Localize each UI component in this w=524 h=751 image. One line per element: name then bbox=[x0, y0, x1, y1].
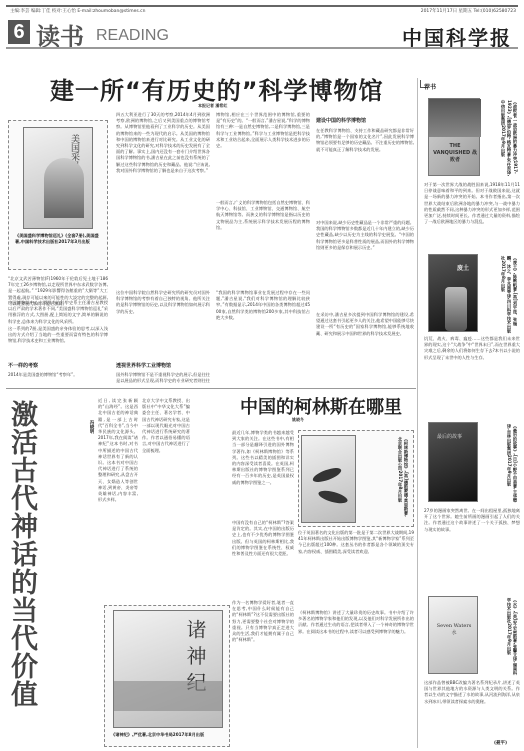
section-english: READING bbox=[96, 27, 169, 45]
date-line: 2017年11月17日 星期五 Tel:(010)62580723 bbox=[421, 8, 516, 14]
article1-subhead-1: 不一样的考察 bbox=[8, 362, 38, 369]
article1-col1-para3: 这一系列的7册,是美国盛的亲身体验的思考,以深入浅出的方式介绍了当地的一些重要而… bbox=[8, 326, 108, 356]
book-set-cover-image: 美国采风 bbox=[23, 127, 93, 229]
book4-summary: 这部作品曾被BBC改编为著名系列纪录片,讲述了英国与世界其他地方的水资源与人类文… bbox=[424, 680, 520, 740]
article2-image-caption: 《诸神纪》,严优著,北京中华书局2017年8月出版 bbox=[111, 732, 227, 738]
article1-col2-para3: 国外科学博物馆不是不重视科学史的展示,但是往往是以展品的形式呈现,而科学史的专业… bbox=[116, 372, 210, 384]
book3-summary: 27岁的漫画家突然离世。在一间出租屋里,孤独地离开了这个世界。她生前所画的漫画引… bbox=[424, 508, 520, 588]
article1-byline: 本报记者 潘希红 bbox=[198, 103, 227, 109]
article3-image-box: 《柯林斯博物馆》,[英]德斯蒙德·莫里斯著,北京联合出版公司2017年8月出版 bbox=[298, 430, 414, 527]
vanquished-cover-title: THE VANQUISHED 战败者 bbox=[431, 143, 479, 164]
article1-col1-para4: 2014年是美国盛的博物馆“考察年”。 bbox=[8, 372, 108, 379]
article1-col4-para3: 在采访中,潘吉星多次提到中国科学博物馆的建设,希望通过这套书引起更多人的关注,他… bbox=[316, 312, 414, 384]
article2-col2: 北京大学中文系教授、出版社中“中华文化大系”编委会主任、著名学者、中国古代神话研… bbox=[142, 398, 190, 568]
book1-summary: 对于第一次世界大战的战胜国来说,1918年11月11日停战意味着和平的到来。但对… bbox=[424, 182, 520, 244]
cover-photo bbox=[429, 99, 481, 137]
zhushenji-cover-image: 诸 神 纪 bbox=[113, 610, 223, 728]
article3-col2-para1: 位于英国著名的文化出版的第一批是于第二次世界大战期间,1941年柯林斯出版社开始… bbox=[298, 530, 414, 608]
section-number: 6 bbox=[8, 20, 30, 44]
cover-arch-illustration bbox=[44, 158, 84, 218]
article1-headline: 建一所“有历史的”科学博物馆 bbox=[50, 71, 380, 106]
article1-subhead-3: 建设中国的科学博物馆 bbox=[316, 117, 366, 124]
crane-illustration-1 bbox=[311, 465, 343, 485]
feitu-cover-title: 废土 bbox=[457, 263, 469, 272]
book2-summary: 饥荒、战火、病毒、瘟疫……这些都是我们未来世界的现实,这个“大战争”中“世界末日… bbox=[424, 336, 520, 406]
article1-col2-para2: 这位中国科学院自然科学史研究所的研究员对国外科学博物馆的考察有着自己独特的视角。… bbox=[116, 290, 210, 340]
article1-image-box: 美国采风 《美国盛科学博物馆巡礼》(全套7册),美国盛著,中国科学技术出版社20… bbox=[8, 120, 108, 270]
cover-illustration bbox=[445, 287, 467, 331]
article3-byline: 姚晓冬 bbox=[292, 417, 304, 423]
article2-byline: 冯晓明 bbox=[88, 420, 94, 434]
recommendations-label: 荐书 bbox=[424, 82, 436, 91]
article1-col4-para1: 在任教科学博物馆、支持工作和藏品研究都是非常好的,“博物馆是一个国家的文化名片”… bbox=[316, 128, 414, 218]
article2-headline: 激活古代神话的当代价值 bbox=[6, 400, 36, 708]
article3-col1-para2: 中国有没有自己的“柯林斯”?答案是肯定的。其实,在中国的出版历史上,也有不少优秀… bbox=[232, 520, 294, 600]
article3-col2-para2: 《柯林斯博物馆》讲述了大量珍贵的历史故事。书中介绍了许多著名的博物学家和他们的发… bbox=[298, 610, 414, 745]
article2-image-box: 诸 神 纪 《诸神纪》,严优著,北京中华书局2017年8月出版 bbox=[104, 605, 230, 747]
article1-col1-para2: 中国博物馆中心主要图书的科学史系主任潘吉星教授以后严肃的学术著作不同,“美国盛科… bbox=[8, 300, 108, 325]
article1-subhead-2: 透视世界科学工业博物馆 bbox=[116, 362, 171, 369]
article3-col1-para3: 作为一名博物学爱好者,笔者一直在思考,中国什么时候能有自己的“柯林斯”?这不仅需… bbox=[232, 600, 294, 745]
vanquished-cover-image: THE VANQUISHED 战败者 bbox=[428, 98, 480, 176]
book3-caption: 《最后的故事》,[日]小野不由美著,王华懋译,吉林出版集团2017年9月出版 bbox=[486, 424, 518, 504]
article3-headline: 中国的柯林斯在哪里 bbox=[240, 393, 402, 419]
feitu-cover-image: 废土 bbox=[428, 254, 478, 332]
book2-caption: 《废土》,陈楸帆著,[英]刘宇昆、张瑞麟、沐之、李兆南等译,四川科学技术出版社2… bbox=[486, 256, 518, 334]
article1-col3-para3: “我国的科学博物馆事业在发展过程中存在一些问题,”潘吉星说,“我们对科学博物馆的… bbox=[216, 290, 310, 384]
article1-col4-para2: 对中国来说,缺少历史性藏品是一个非常严重的问题。我国的科学博物馆多数都是近几十年… bbox=[316, 220, 414, 310]
crane-illustration-2 bbox=[317, 488, 349, 505]
collins-cover-image bbox=[301, 435, 356, 523]
article-divider bbox=[6, 388, 416, 389]
header-rule bbox=[6, 47, 518, 49]
column-separator bbox=[417, 78, 418, 748]
article3-image-caption: 《柯林斯博物馆》,[英]德斯蒙德·莫里斯著,北京联合出版公司2017年8月出版 bbox=[365, 437, 409, 517]
editor-signoff: (聂平) bbox=[494, 740, 507, 746]
editorial-credits: 主编:李芸 编辑:丁佳 校对:王心怡 E-mail:zhoumoban@stim… bbox=[10, 8, 146, 14]
book4-caption: 《水》,[英]安·史密斯著,张馨文译,湖南科学技术出版社2017年9月出版 bbox=[486, 598, 518, 676]
last-story-cover-image: 最后的故事 bbox=[428, 422, 478, 502]
seven-waters-cover-image: Seven Waters 水 bbox=[428, 596, 478, 674]
top-rule bbox=[6, 5, 518, 7]
seven-waters-cover-title: Seven Waters 水 bbox=[435, 623, 473, 636]
book1-caption: 《战败者:一战后欧洲的暴力冲突1917-1923》,[德]罗伯特·格瓦特著,朱任… bbox=[486, 100, 518, 178]
article1-col3-para2: 一般而言,广义的科学博物馆包括自然史博物馆、科学中心、科技馆、工业博物馆、交通博… bbox=[216, 200, 310, 290]
cover-band bbox=[114, 681, 222, 711]
article1-image-caption: 《美国盛科学博物馆巡礼》(全套7册),美国盛著,中国科学技术出版社2017年3月… bbox=[15, 233, 103, 245]
last-story-cover-title: 最后的故事 bbox=[437, 433, 477, 440]
